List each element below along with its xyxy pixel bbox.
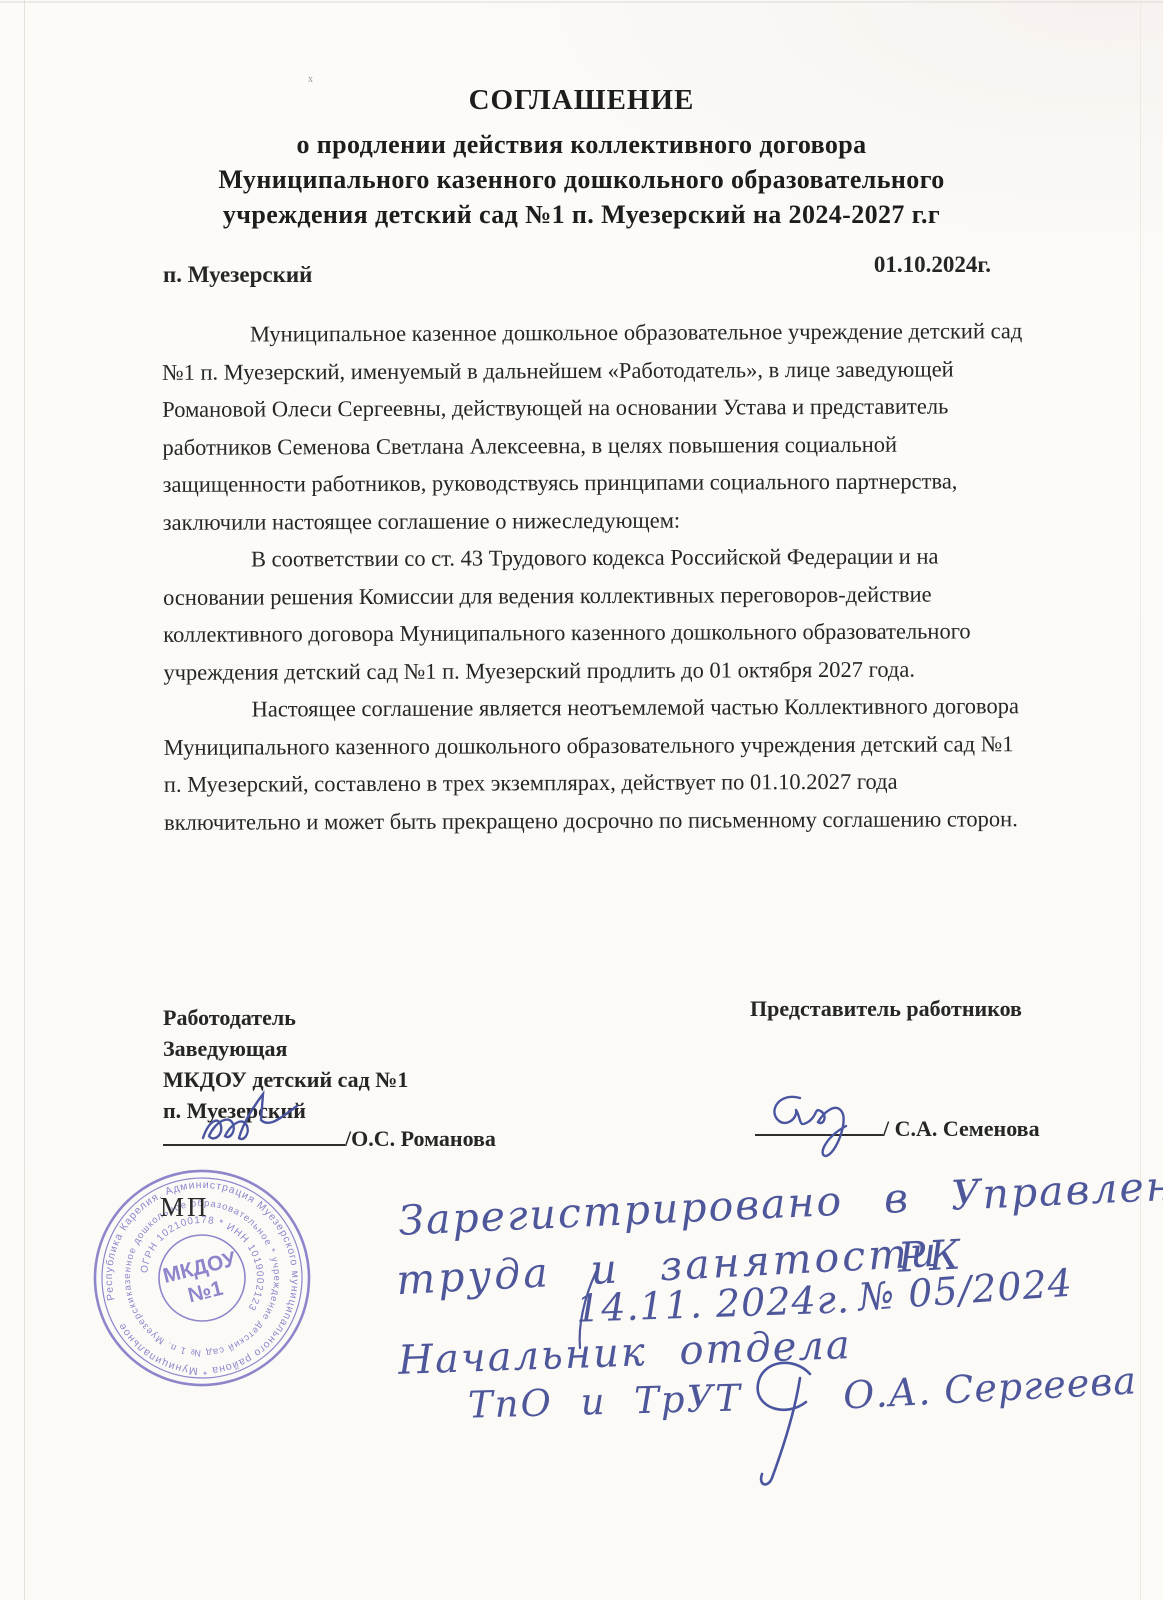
document-subtitle-line: о продлении действия коллективного догов…	[0, 127, 1163, 162]
scan-edge-right	[1140, 0, 1141, 1600]
handwritten-registered-line1: Зарегистрировано в Управлении	[397, 1159, 1163, 1245]
employer-position: Заведующая	[163, 1033, 408, 1064]
pen-stroke-line	[580, 1272, 596, 1348]
romanova-signature-stroke	[203, 1094, 297, 1139]
sergeeva-signature	[738, 1352, 848, 1492]
document-place: п. Муезерский	[163, 262, 312, 288]
paragraph-extension: В соответствии со ст. 43 Трудового кодек…	[163, 537, 1036, 691]
workers-name: / С.А. Семенова	[883, 1116, 1040, 1141]
mp-place-for-stamp-label: МП	[160, 1192, 210, 1223]
stamp-graphic: Республика Карелия. Администрация Муезер…	[61, 1137, 342, 1418]
employer-name: /О.С. Романова	[345, 1126, 496, 1151]
document-title-block: СОГЛАШЕНИЕ о продлении действия коллекти…	[0, 84, 1163, 232]
workers-representative-title: Представитель работников	[750, 996, 1022, 1022]
pen-stroke	[566, 1268, 606, 1353]
scan-edge-top	[0, 1, 1163, 3]
handwritten-official-dept: ТпО и ТрУТ	[467, 1376, 742, 1426]
paragraph-validity: Настоящее соглашение является неотъемлем…	[163, 687, 1036, 841]
document-date: 01.10.2024г.	[874, 252, 991, 278]
sergeeva-signature-stroke	[758, 1363, 810, 1485]
handwritten-official-name: О.А. Сергеева	[842, 1358, 1138, 1417]
scanned-document-page: x СОГЛАШЕНИЕ о продлении действия коллек…	[0, 0, 1163, 1600]
scan-edge-left	[24, 0, 25, 1600]
scan-speck: x	[308, 74, 315, 82]
official-round-stamp: Республика Карелия. Администрация Муезер…	[61, 1137, 342, 1418]
document-title: СОГЛАШЕНИЕ	[0, 84, 1163, 117]
semenova-signature	[762, 1072, 892, 1162]
semenova-signature-stroke	[774, 1097, 846, 1156]
document-body: Муниципальное казенное дошкольное образо…	[162, 312, 1036, 841]
document-subtitle-line: учреждения детский сад №1 п. Муезерский …	[0, 197, 1163, 232]
employer-role: Работодатель	[163, 1002, 408, 1033]
paragraph-preamble: Муниципальное казенное дошкольное образо…	[162, 312, 1035, 541]
document-subtitle-line: Муниципального казенного дошкольного обр…	[0, 162, 1163, 197]
